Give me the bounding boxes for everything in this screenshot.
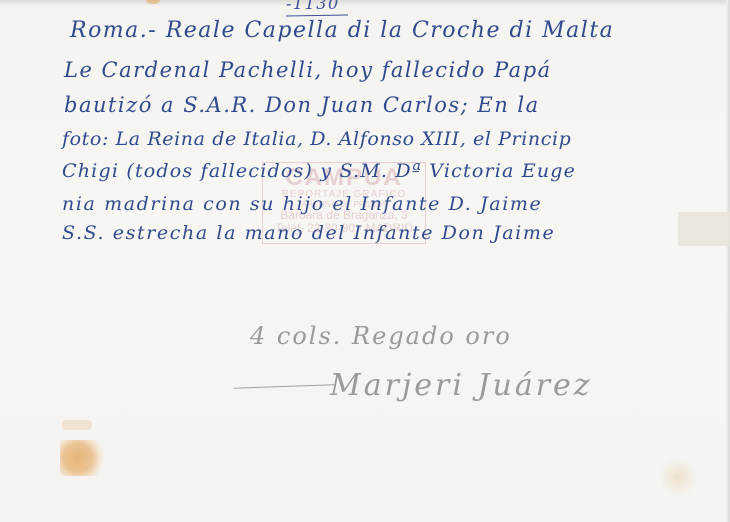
glue-residue <box>658 460 698 494</box>
handwritten-line-3: bautizó a S.A.R. Don Juan Carlos; En la <box>64 93 540 117</box>
pencil-signature: Marjeri Juárez <box>330 368 593 403</box>
pencil-note-columns: 4 cols. Regado oro <box>250 322 512 350</box>
orange-ink-stamp <box>60 440 104 476</box>
handwritten-line-1: Roma.- Reale Capella di la Croche di Mal… <box>70 18 614 43</box>
stain-mark <box>62 420 92 430</box>
tape-residue <box>678 212 730 246</box>
handwritten-line-7: S.S. estrecha la mano del Infante Don Ja… <box>62 222 555 244</box>
paper-right-edge <box>726 0 730 522</box>
handwritten-line-4: foto: La Reina de Italia, D. Alfonso XII… <box>62 128 571 150</box>
handwritten-line-5: Chigi (todos fallecidos) y S.M. Dª Victo… <box>62 160 576 182</box>
reference-number: -1130 <box>286 0 340 13</box>
paper-top-edge <box>0 0 730 6</box>
handwritten-line-2: Le Cardenal Pachelli, hoy fallecido Papá <box>64 58 552 82</box>
handwritten-line-6: nia madrina con su hijo el Infante D. Ja… <box>62 193 542 215</box>
